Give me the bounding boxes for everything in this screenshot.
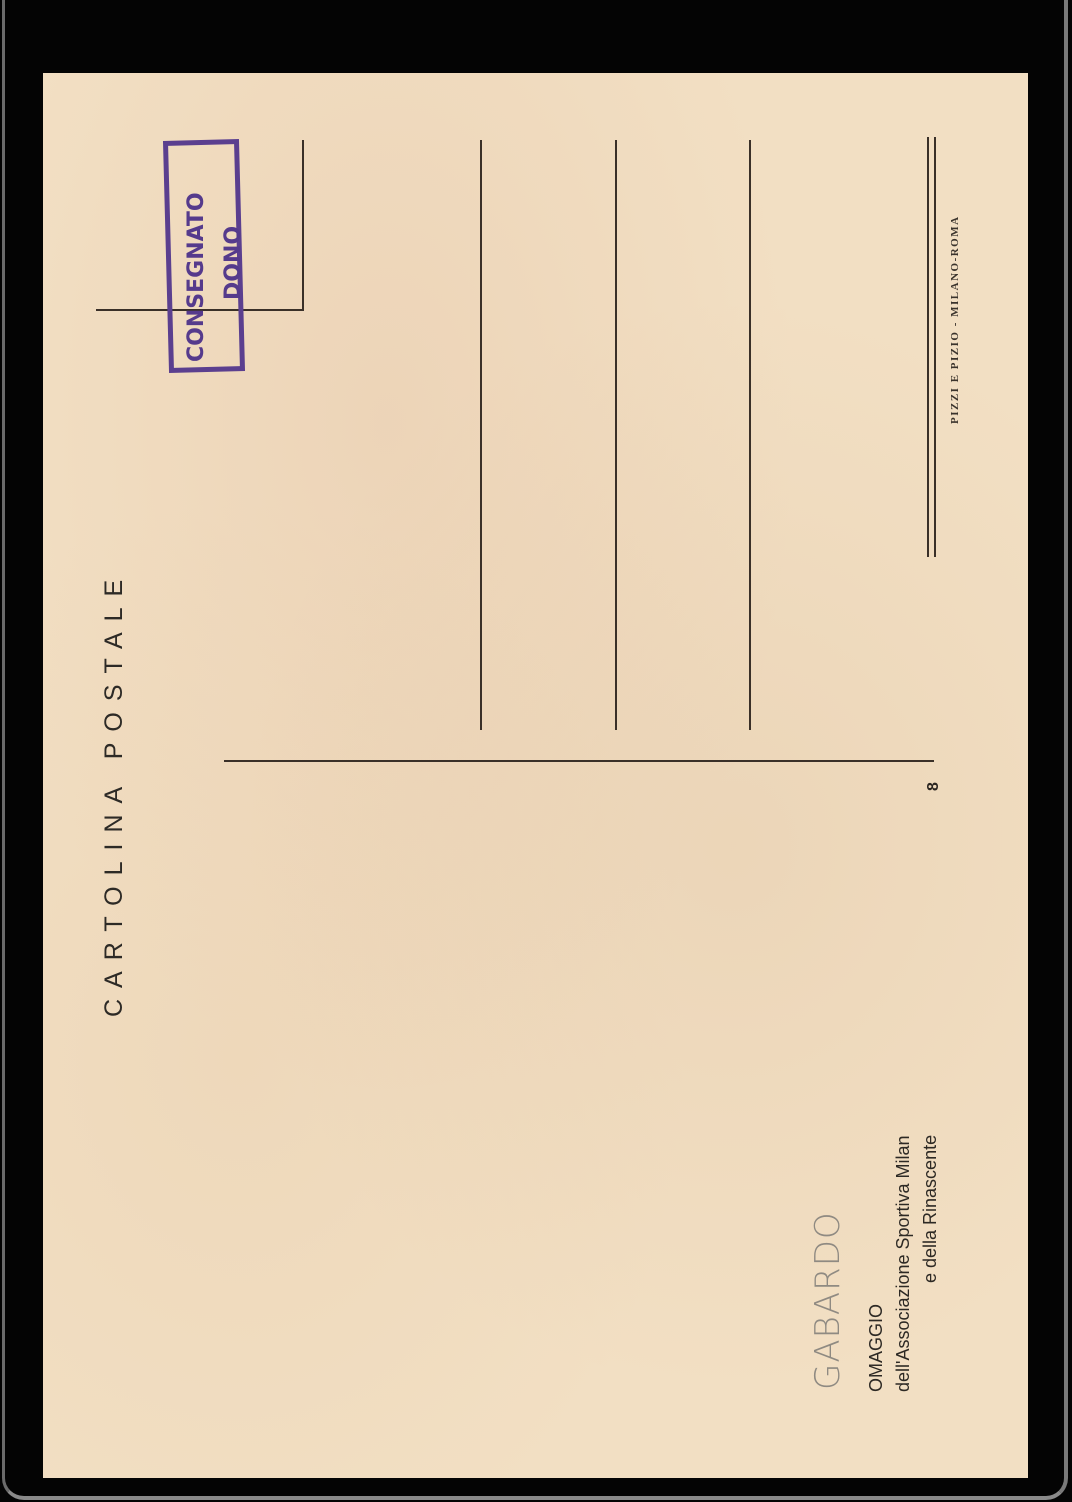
printer-imprint: PIZZI E PIZIO - MILANO-ROMA (949, 215, 961, 424)
stamp-text-dono: DONO (221, 226, 246, 300)
caption-association: dell'Associazione Sportiva Milan (893, 1135, 914, 1392)
printer-rule-1 (927, 137, 929, 557)
stamp-box-right-line (302, 140, 304, 310)
card-title: CARTOLINA POSTALE (100, 569, 129, 1017)
address-line-1 (480, 140, 482, 730)
caption-rinascente: e della Rinascente (920, 1135, 941, 1283)
printer-rule-2 (934, 137, 936, 557)
stamp-text-consegnato: CONSEGNATO (184, 192, 209, 362)
handwritten-name: GABARDO (808, 1211, 848, 1390)
caption-omaggio: OMAGGIO (866, 1304, 887, 1392)
address-line-3 (749, 140, 751, 730)
card-number: 8 (925, 782, 943, 791)
divider-line (224, 760, 934, 762)
address-line-2 (615, 140, 617, 730)
